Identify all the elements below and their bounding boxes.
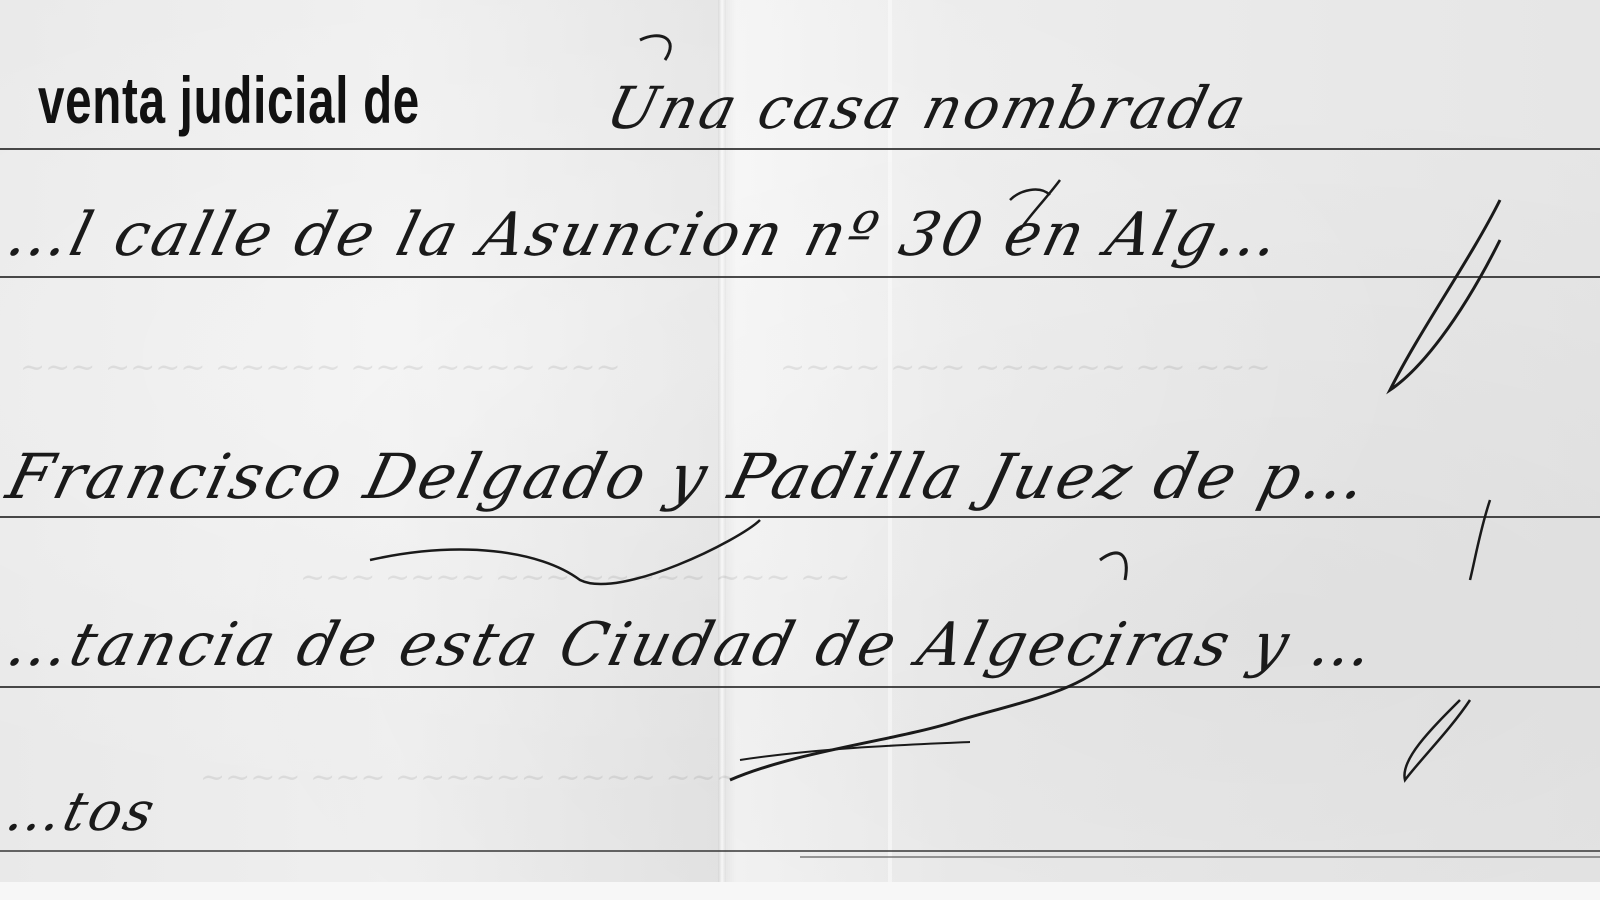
ruled-line bbox=[0, 276, 1600, 278]
handwritten-property-description: Una casa nombrada bbox=[600, 74, 1255, 142]
bleed-through-text: ~~~~ ~~~ ~~~~~~ ~~~~ ~~~ bbox=[200, 760, 741, 795]
handwritten-judge-name: Francisco Delgado y Padilla Juez de p… bbox=[0, 440, 1378, 513]
ruled-line bbox=[0, 516, 1600, 518]
page-edge bbox=[0, 882, 1600, 900]
printed-label-venta-judicial: venta judicial de bbox=[38, 62, 420, 138]
handwritten-address: …l calle de la Asuncion nº 30 en Alg… bbox=[0, 200, 1290, 270]
bleed-through-text: ~~~~ ~~~ ~~~~~~ ~~ ~~~ bbox=[780, 350, 1271, 385]
handwritten-line-ending: …tos bbox=[0, 780, 164, 843]
bleed-through-text: ~~~ ~~~~ ~~~ ~~~~~ ~~~ ~~ bbox=[300, 560, 850, 595]
ruled-line bbox=[0, 686, 1600, 688]
document-page: ~~~ ~~~~ ~~~~~ ~~~ ~~~~ ~~~ ~~~~ ~~~ ~~~… bbox=[0, 0, 1600, 900]
ruled-line bbox=[0, 148, 1600, 150]
ruled-line-faint bbox=[800, 856, 1600, 858]
ruled-line bbox=[0, 850, 1600, 852]
bleed-through-text: ~~~ ~~~~ ~~~~~ ~~~ ~~~~ ~~~ bbox=[20, 350, 621, 385]
handwritten-jurisdiction: …tancia de esta Ciudad de Algeciras y … bbox=[0, 610, 1384, 680]
